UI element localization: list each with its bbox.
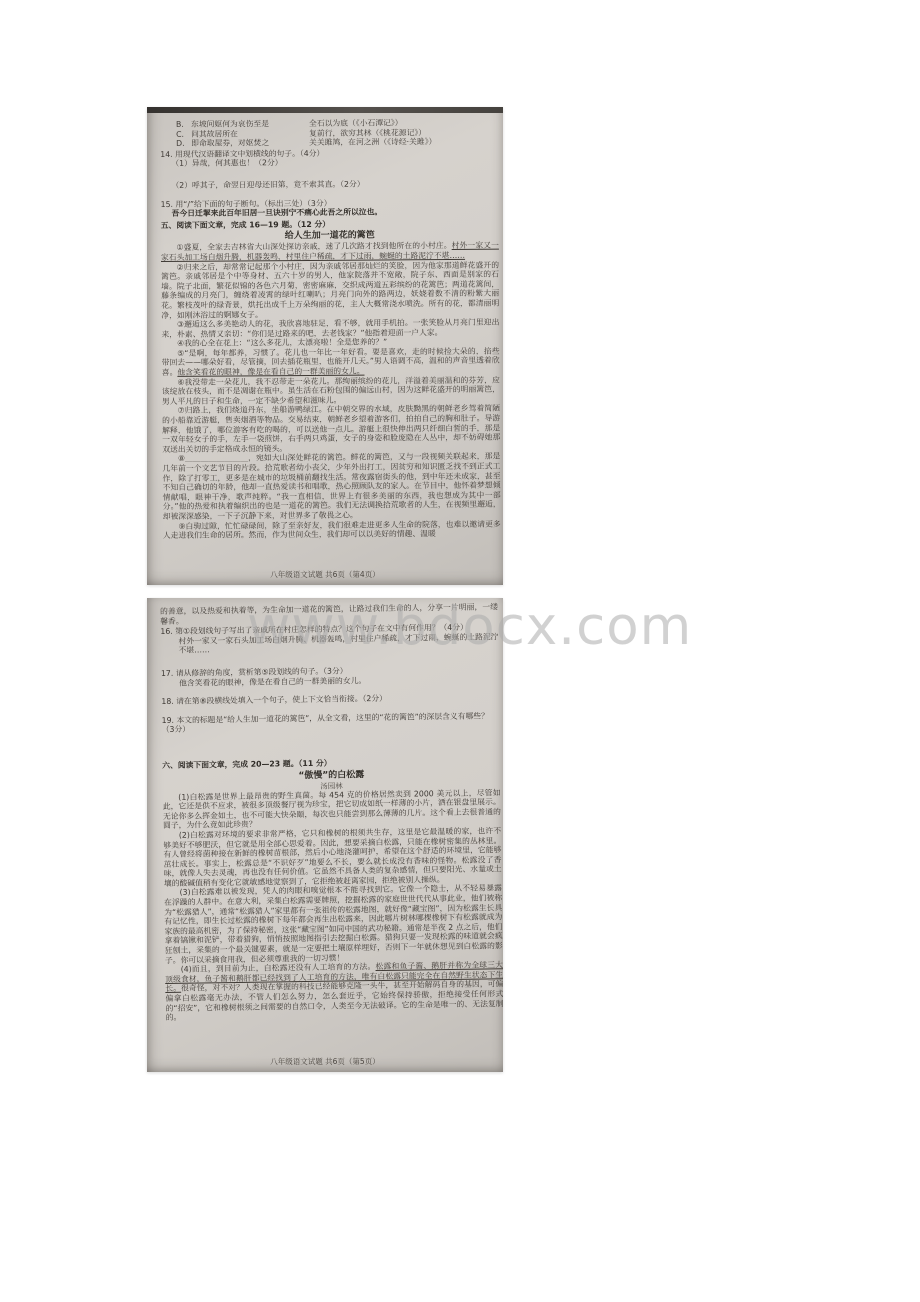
option-c-label: C. xyxy=(176,129,191,139)
page-4-content: B. 东坡问妪何为哀伤至是 全石以为底（《小石潭记》） C. 问其故居所在 复前… xyxy=(160,118,501,541)
essay-1-paragraph-7: ⑦归路上，我们绕道丹东，坐船游鸭绿江。在中朝交界的水域，皮肤黝黑的朝鲜老乡驾着简… xyxy=(162,404,500,454)
page-4-footer: 八年级语文试题 共6页（第4页） xyxy=(147,569,503,580)
option-b-label: B. xyxy=(176,120,191,130)
page-5-footer: 八年级语文试题 共6页（第5页） xyxy=(147,1056,503,1067)
essay-1-paragraph-1: ①盛夏，全家去吉林省大山深处探访亲戚，迷了几次路才找到他所在的小村庄。村外一家又… xyxy=(161,241,499,263)
scanned-page-4: B. 东坡问妪何为哀伤至是 全石以为底（《小石潭记》） C. 问其故居所在 复前… xyxy=(147,107,503,585)
essay-2-paragraph-4: (4)而且，到目前为止，白松露还没有人工培育的方法。松露和鱼子酱、鹅肝并称为全球… xyxy=(165,960,503,1022)
option-d-left: 即命取屋券，对妪焚之 xyxy=(191,138,309,148)
answer-space xyxy=(162,730,500,759)
paragraph-5-underlined: 他含笑看花的眼神，像是在看自己的一群美丽的女儿。 xyxy=(177,367,364,377)
paragraph-4-text-after: 很奇怪，对不对？人类现在掌握的科技已经能够克隆一头牛，甚至开始解码自身的基因，可… xyxy=(165,980,503,1022)
page-5-content: 的善意，以及热爱和执着等，为生命加一道花的篱笆，让路过我们生命的人，分享一片明丽… xyxy=(160,602,503,1022)
essay-2-paragraph-2: (2)白松露对环境的要求非常严格，它只和橡树的根须共生存，这里是它最温暖的家，也… xyxy=(163,826,502,888)
essay-1-paragraph-2: ②归来之后，却常常记起那个小村庄，因为亲戚邻居那灿烂的笑脸，因为他家那道鲜花盛开… xyxy=(161,260,499,320)
essay-1-paragraph-9: ⑨白驹过隙，忙忙碌碌间，除了至亲好友，我们很难走进更多人生命的院落，也难以邀请更… xyxy=(163,519,501,541)
option-d-label: D. xyxy=(176,139,191,149)
essay-1-paragraph-6: ⑥我没带走一朵花儿，我不忍带走一朵花儿。那绚丽缤纷的花儿，洋溢着美丽温和的芬芳，… xyxy=(162,375,500,406)
essay-2-paragraph-3: (3)白松露难以被发现，凭人的肉眼和嗅觉根本不能寻找到它。它像一个隐士，从不轻易… xyxy=(164,884,503,965)
option-d-right: 关关雎鸠，在河之洲（《诗经·关雎》） xyxy=(309,137,498,148)
question-15-sentence: 吾今日迁挈来此百年旧居一旦诀别宁不痛心此吾之所以泣也。 xyxy=(172,207,499,219)
essay-1-paragraph-3: ③邂逅这么多美艳动人的花，我欣喜地驻足，看不够，就用手机拍。一张笑脸从月亮门里迎… xyxy=(161,318,499,340)
essay-1-paragraph-8: ⑧＿＿＿＿＿＿＿＿，宛如大山深处鲜花的篱笆。鲜花的篱笆，又与一段视频关联起来，那… xyxy=(162,452,500,522)
essay-2-paragraph-1: (1)白松露是世界上最昂贵的野生真菌。每 454 克的价格居然卖到 2000 美… xyxy=(163,788,502,831)
scanned-page-5: 的善意，以及热爱和执着等，为生命加一道花的篱笆，让路过我们生命的人，分享一片明丽… xyxy=(147,598,503,1072)
essay-1-paragraph-5: ⑤“是啊，每年都养，习惯了。花儿也一年比一年好看。要是喜欢，走的时候捡大朵的，掐… xyxy=(162,347,500,378)
scan-edge-strip xyxy=(147,107,503,113)
